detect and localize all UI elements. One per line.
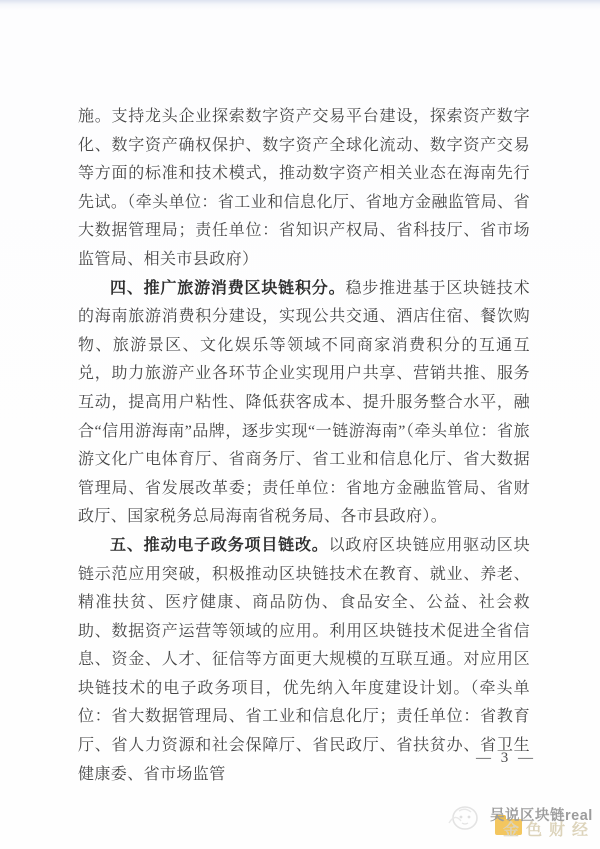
document-page: 施。支持龙头企业探索数字资产交易平台建设，探索资产数字化、数字资产确权保护、数字…	[0, 0, 600, 849]
section-5-heading: 五、推动电子政务项目链改。	[110, 537, 329, 554]
page-number: — 3 —	[476, 750, 536, 767]
watermark: 金色财经 吴说区块链real	[443, 799, 599, 847]
paragraph-section-5: 五、推动电子政务项目链改。以政府区块链应用驱动区块链示范应用突破，积极推动区块链…	[78, 532, 530, 789]
paragraph-text: 施。支持龙头企业探索数字资产交易平台建设，探索资产数字化、数字资产确权保护、数字…	[78, 108, 530, 268]
watermark-label: 吴说区块链real	[490, 804, 593, 825]
paragraph-section-4: 四、推广旅游消费区块链积分。稳步推进基于区块链技术的海南旅游消费积分建设，实现公…	[78, 275, 530, 532]
paragraph-text: 稳步推进基于区块链技术的海南旅游消费积分建设，实现公共交通、酒店住宿、餐饮购物、…	[78, 280, 530, 526]
document-body: 施。支持龙头企业探索数字资产交易平台建设，探索资产数字化、数字资产确权保护、数字…	[78, 103, 530, 789]
wu-blockchain-logo-icon	[445, 803, 483, 833]
scan-edge-band	[0, 0, 600, 10]
section-4-heading: 四、推广旅游消费区块链积分。	[110, 280, 345, 297]
paragraph-text: 以政府区块链应用驱动区块链示范应用突破，积极推动区块链技术在教育、就业、养老、精…	[78, 537, 530, 783]
paragraph-continuation: 施。支持龙头企业探索数字资产交易平台建设，探索资产数字化、数字资产确权保护、数字…	[78, 103, 530, 275]
